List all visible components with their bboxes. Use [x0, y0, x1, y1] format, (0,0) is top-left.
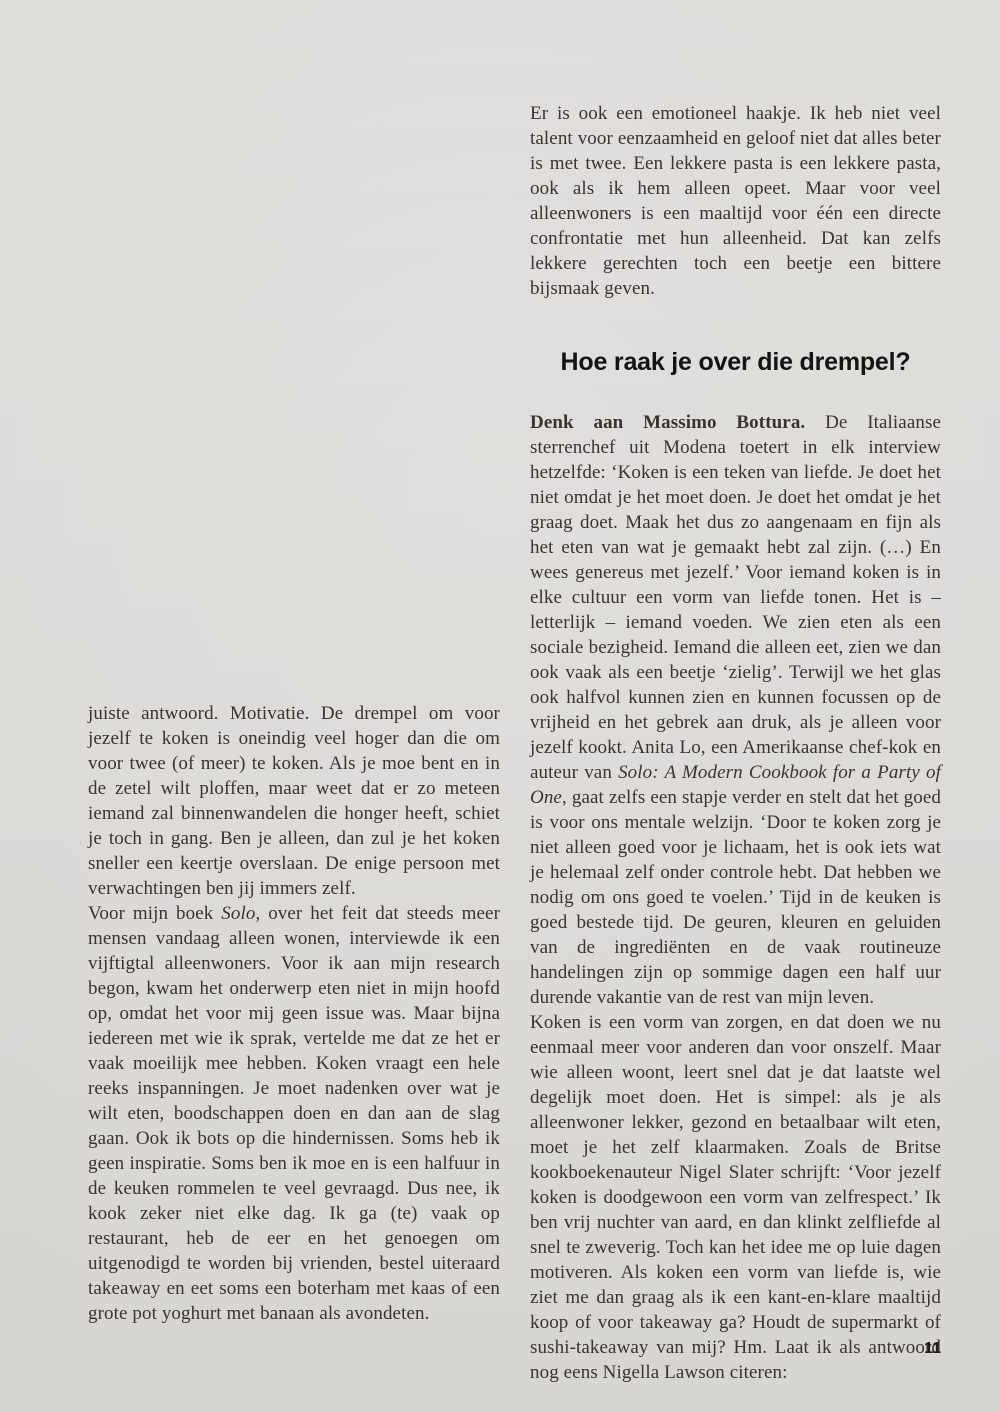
paragraph-massimo-bottura: Denk aan Massimo Bottura. De Italiaanse …: [530, 410, 941, 1010]
page-number: 11: [924, 1340, 941, 1358]
left-paragraph-solo-book: Voor mijn boek Solo, over het feit dat s…: [88, 901, 500, 1326]
book-page: juiste antwoord. Motivatie. De drempel o…: [0, 0, 1000, 1412]
intro-paragraph: Er is ook een emotioneel haakje. Ik heb …: [530, 101, 941, 301]
right-column: Er is ook een emotioneel haakje. Ik heb …: [530, 101, 941, 1385]
section-heading: Hoe raak je over die drempel?: [530, 347, 941, 377]
paragraph-koken-is-zorgen: Koken is een vorm van zorgen, en dat doe…: [530, 1010, 941, 1385]
left-paragraph-continuation: juiste antwoord. Motivatie. De drempel o…: [88, 701, 500, 901]
left-column: juiste antwoord. Motivatie. De drempel o…: [88, 701, 500, 1326]
